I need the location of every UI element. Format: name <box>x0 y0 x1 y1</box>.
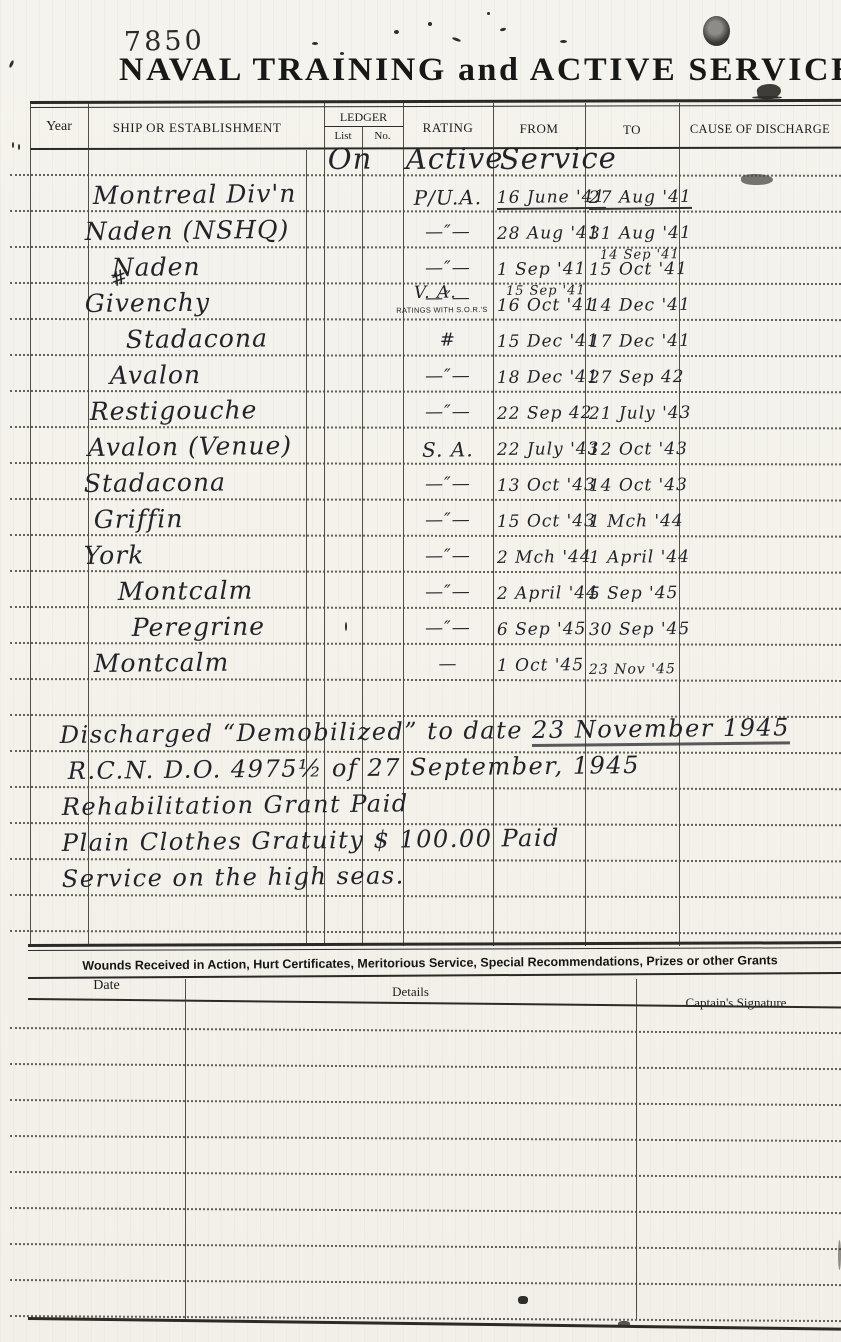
ink-speck <box>618 1321 630 1327</box>
wounds-row-line <box>10 1171 841 1178</box>
ink-speck <box>518 1296 528 1304</box>
wounds-row-line <box>10 1027 841 1034</box>
wounds-row-line <box>10 1207 841 1214</box>
service-record-page: 7850 NAVAL TRAINING and ACTIVE SERVICE Y… <box>0 0 841 1342</box>
wounds-row-line <box>10 1063 841 1070</box>
wounds-row-line <box>10 1243 841 1250</box>
wounds-row-line <box>10 1135 841 1142</box>
wounds-row-line <box>10 1279 841 1286</box>
wounds-row-line <box>10 1099 841 1106</box>
